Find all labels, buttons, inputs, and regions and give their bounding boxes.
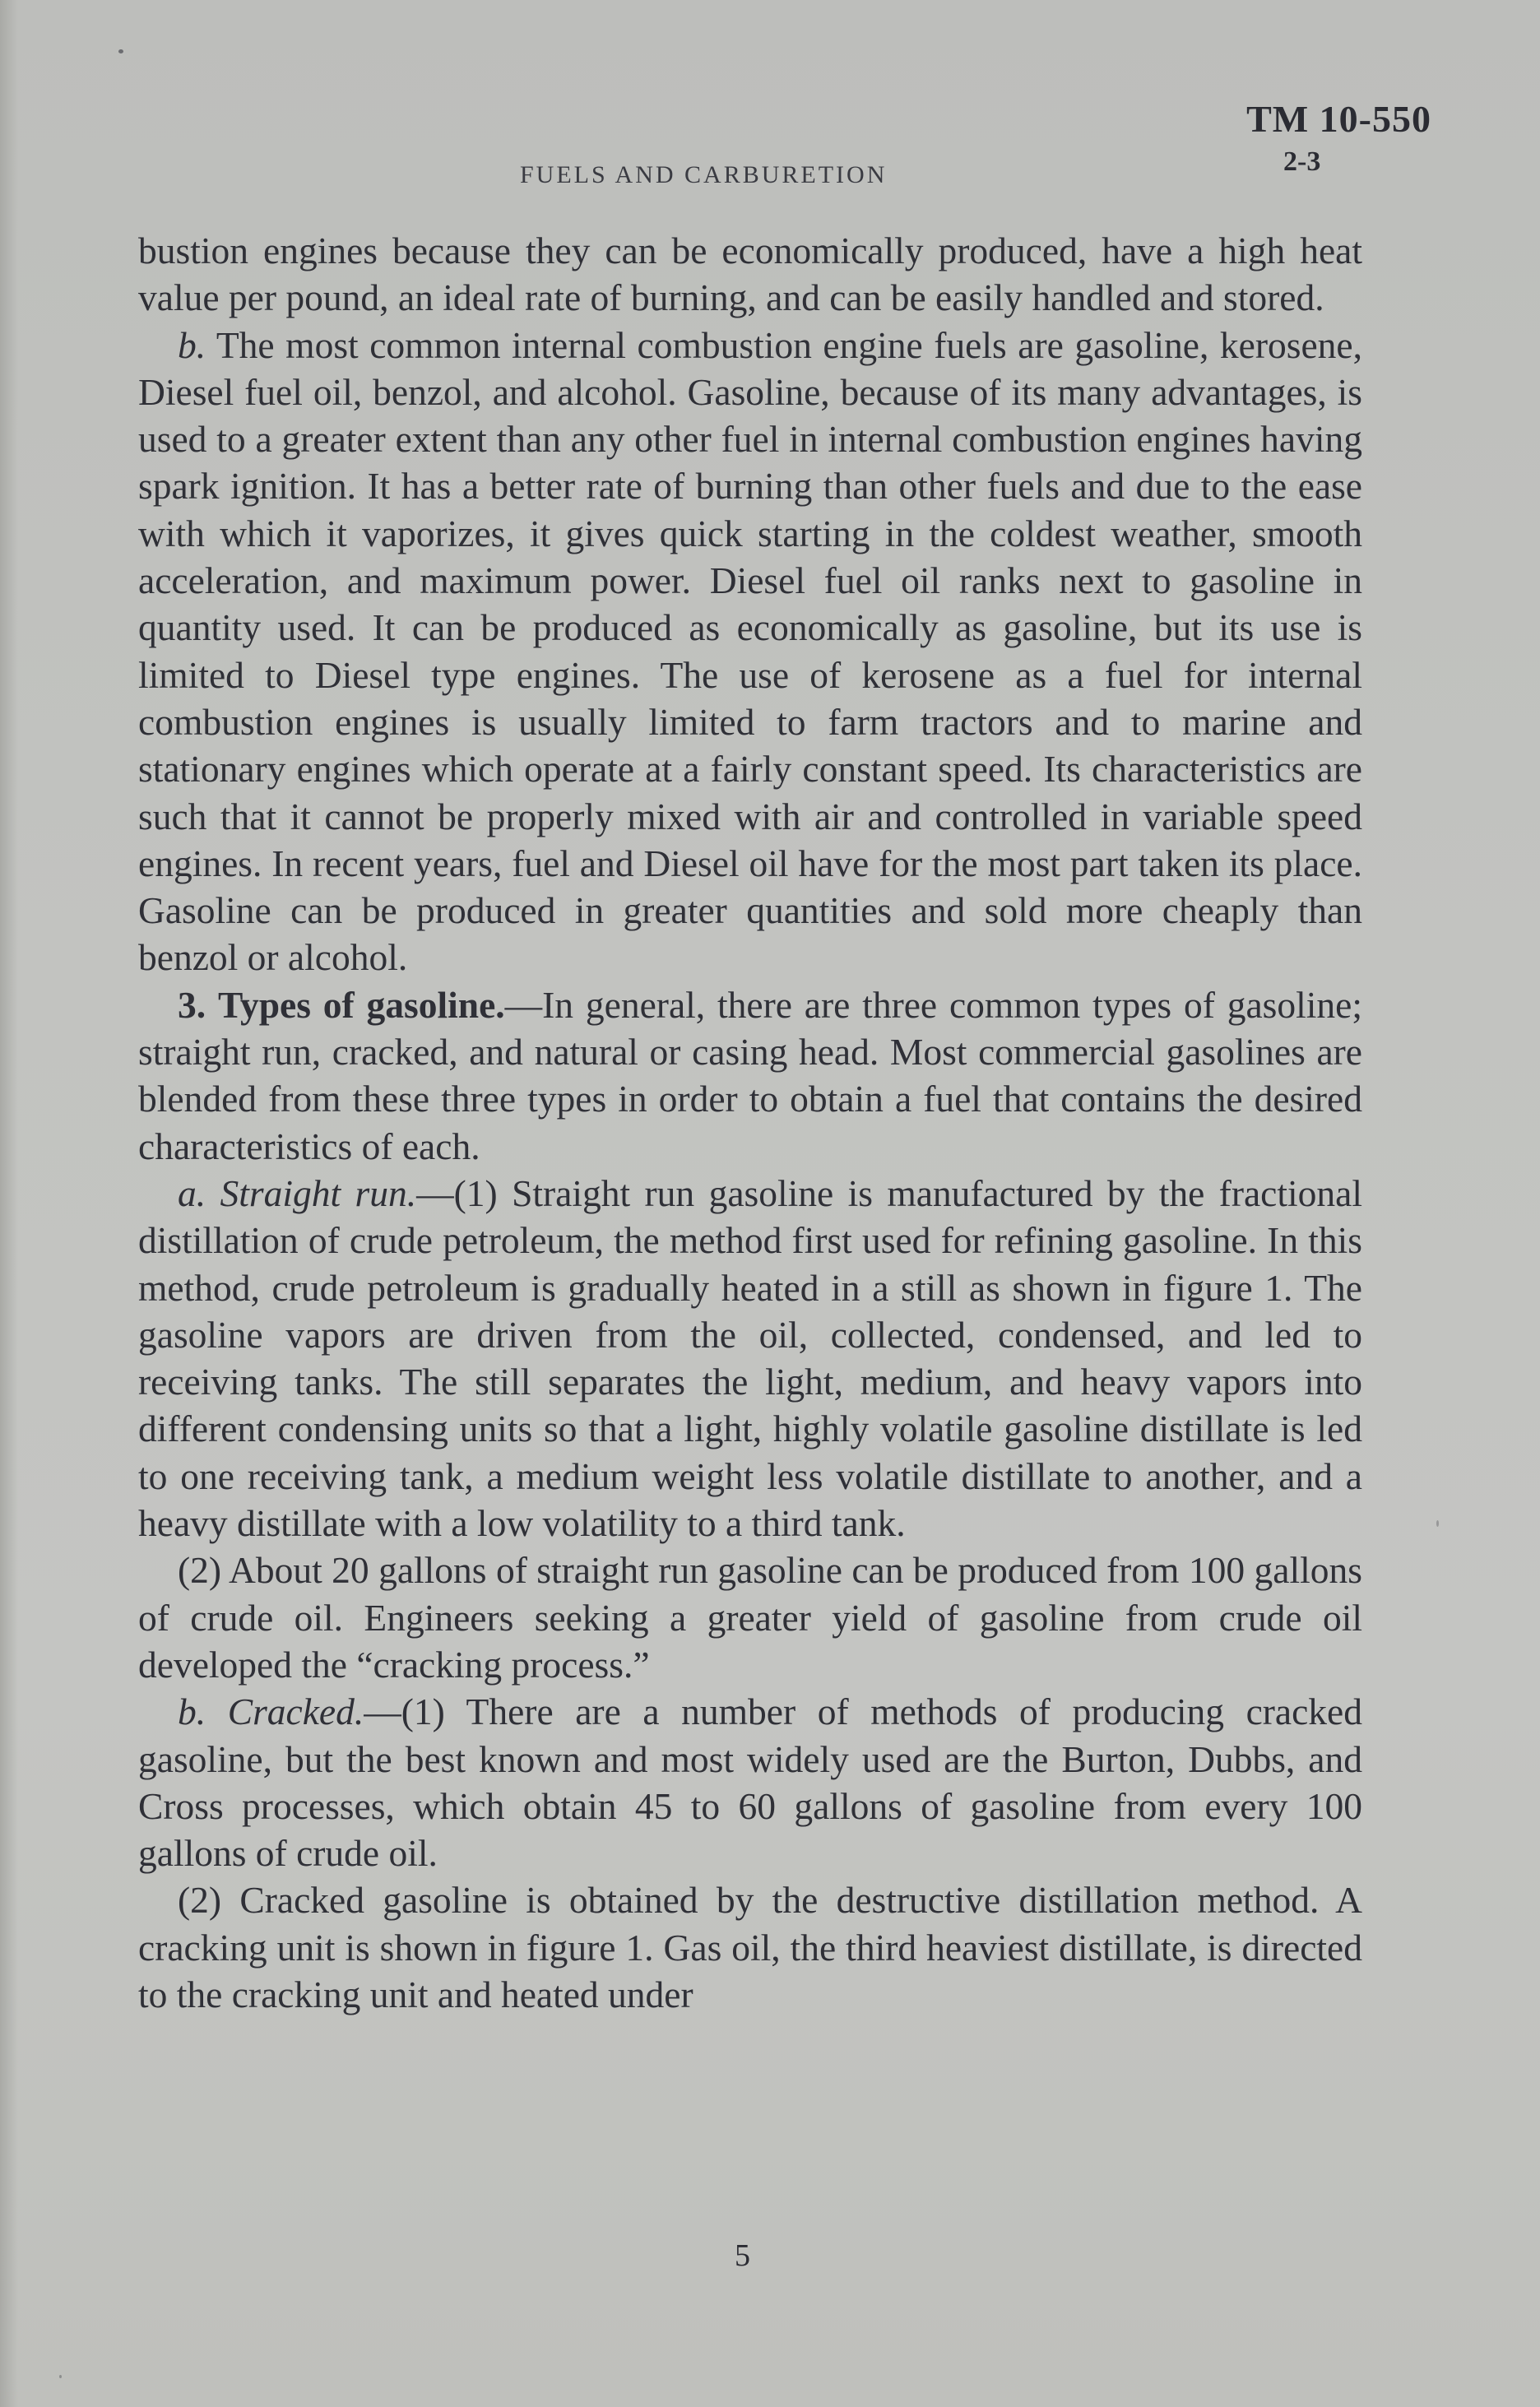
section-heading: Types of gasoline.: [218, 984, 505, 1026]
paragraph-text: The most common internal combustion engi…: [138, 324, 1362, 979]
paragraph-2b: b. The most common internal combustion e…: [138, 322, 1362, 981]
paragraph-3a2: (2) About 20 gallons of straight run gas…: [138, 1547, 1362, 1688]
page-number: 5: [735, 2238, 750, 2274]
paragraph-text: —(1) Straight run gasoline is manufactur…: [138, 1172, 1362, 1544]
paragraph-3a1: a. Straight run.—(1) Straight run gasoli…: [138, 1170, 1362, 1547]
section-number-label: 3.: [178, 984, 206, 1026]
paper-speck: [1436, 1520, 1439, 1527]
paragraph-label: b.: [178, 1690, 206, 1732]
paragraph-3b1: b. Cracked.—(1) There are a number of me…: [138, 1688, 1362, 1876]
paragraph-text: (2) About 20 gallons of straight run gas…: [138, 1549, 1362, 1686]
paragraph-label: b.: [178, 324, 206, 366]
running-title: FUELS AND CARBURETION: [520, 161, 887, 189]
subsection-heading: Straight run.: [220, 1172, 417, 1214]
paragraph-3: 3. Types of gasoline.—In general, there …: [138, 981, 1362, 1170]
scanned-page: TM 10-550 2-3 FUELS AND CARBURETION bust…: [0, 0, 1540, 2407]
document-number: TM 10-550: [1246, 97, 1431, 141]
paper-speck: [59, 2375, 62, 2378]
paragraph-text: bustion engines because they can be econ…: [138, 230, 1362, 318]
section-number: 2-3: [1283, 146, 1320, 178]
paper-speck: [118, 49, 123, 53]
subsection-heading: Cracked.: [228, 1690, 364, 1732]
paragraph-text: (2) Cracked gasoline is obtained by the …: [138, 1879, 1362, 2015]
body-text: bustion engines because they can be econ…: [138, 227, 1362, 2018]
paragraph-continuation: bustion engines because they can be econ…: [138, 227, 1362, 322]
paragraph-label: a.: [178, 1172, 206, 1214]
paragraph-3b2: (2) Cracked gasoline is obtained by the …: [138, 1876, 1362, 2018]
